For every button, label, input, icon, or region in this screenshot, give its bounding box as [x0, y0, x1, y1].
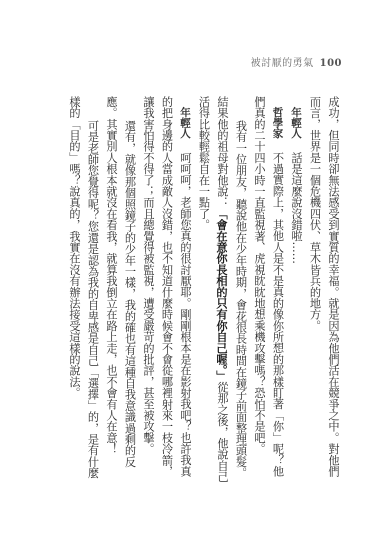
paragraph-friend-anecdote: 我有一位朋友，聽說他在少年時期，會花很長時間在鏡子前面整理頭髮。結果他的祖母對他… — [194, 96, 250, 486]
dialogue-young-man-1: 年輕人話是這麼說沒錯啦…… — [287, 96, 306, 486]
speaker-label: 哲學家 — [272, 107, 284, 139]
speaker-label: 年輕人 — [290, 107, 302, 139]
paragraph-self-consciousness: 還有，就像那個照鏡子的少年一樣，我的確也有這種自我意識過剩的反應。其實別人根本就… — [102, 96, 139, 486]
speaker-gap — [290, 139, 301, 152]
running-header: 被討厭的勇氣100 — [251, 54, 342, 69]
paragraph-continuation: 成功，但同時卻無法感受到實質的幸福。就是因為他們活在競爭之中。對他們而言，世界是… — [305, 96, 342, 486]
paragraph-text: 成功，但同時卻無法感受到實質的幸福。就是因為他們活在競爭之中。對他們而言，世界是… — [309, 96, 341, 477]
dialogue-philosopher-1: 哲學家不過實際上，其他人是不是真的像你所想的那樣盯著「你」呢？他們真的二十四小時… — [250, 96, 287, 486]
paragraph-question: 可是老師您覺得呢？您還是認為我的自卑感是自己「選擇」的，是有什麼樣的「目的」嗎？… — [65, 96, 102, 486]
page-number: 100 — [320, 58, 342, 69]
bold-quote: 「會在意你長相的只有你自己喔。」 — [215, 208, 229, 382]
book-title: 被討厭的勇氣 — [251, 58, 314, 69]
dialogue-text: 話是這麼說沒錯啦…… — [290, 152, 303, 264]
dialogue-young-man-2: 年輕人呵呵呵，老師您真的很討厭耶。剛剛根本是在影射我吧？也許我真的把身邊的人當成… — [139, 96, 195, 486]
dialogue-text: 不過實際上，其他人是不是真的像你所想的那樣盯著「你」呢？他們真的二十四小時一直監… — [253, 96, 285, 477]
paragraph-text: 可是老師您覺得呢？您還是認為我的自卑感是自己「選擇」的，是有什麼樣的「目的」嗎？… — [68, 96, 100, 478]
speaker-label: 年輕人 — [179, 107, 191, 139]
dialogue-text: 呵呵呵，老師您真的很討厭耶。剛剛根本是在影射我吧？也許我真的把身邊的人當成敵人沒… — [142, 96, 192, 477]
speaker-gap — [272, 139, 283, 152]
paragraph-text: 還有，就像那個照鏡子的少年一樣，我的確也有這種自我意識過剩的反應。其實別人根本就… — [105, 96, 137, 467]
speaker-gap — [179, 139, 190, 152]
page-body: 成功，但同時卻無法感受到實質的幸福。就是因為他們活在競爭之中。對他們而言，世界是… — [65, 96, 343, 486]
